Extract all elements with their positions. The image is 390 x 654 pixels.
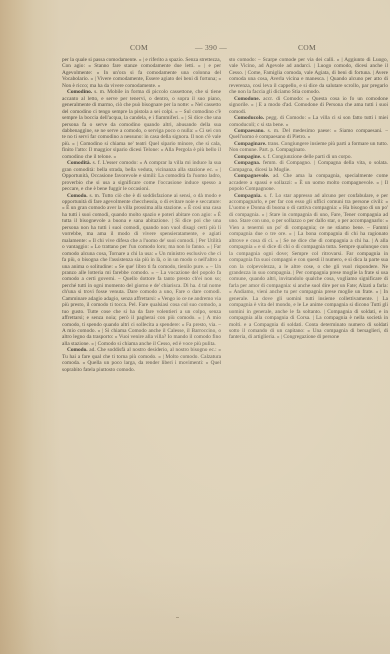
dictionary-entry: Comodità. s. f. L'esser comodo: « A comp… xyxy=(62,160,221,192)
scanned-dictionary-page: COM — 390 — COM per la quale si passa co… xyxy=(0,0,390,654)
dictionary-entry: per la quale si passa comodamente. » | e… xyxy=(62,57,221,89)
running-head-right: COM xyxy=(298,43,316,52)
running-head-left: COM xyxy=(130,43,148,52)
entry-headword: Compaginare. xyxy=(234,141,266,147)
dictionary-entry: Comodo. ad. Che soddisfà al nostro desid… xyxy=(62,347,221,373)
text-columns: per la quale si passa comodamente. » | e… xyxy=(62,57,388,577)
dictionary-entry: Compagnevole. ad. Che ama la compagnia, … xyxy=(229,173,388,192)
dictionary-entry: Compaginare. trans. Congiungere insieme … xyxy=(229,141,388,154)
entry-headword: Comodo. xyxy=(67,193,88,199)
entry-headword: Compaesano. xyxy=(234,128,265,134)
dictionary-entry: Comodino. s. m. Mobile in forma di picco… xyxy=(62,89,221,160)
entry-headword: Comoducolo. xyxy=(234,115,264,121)
dictionary-entry: sto comodo: – Scarpe comode per via dei … xyxy=(229,57,388,96)
entry-headword: Compagnevole. xyxy=(234,173,269,179)
entry-headword: Compagna. xyxy=(234,160,260,166)
entry-text: s. f. Lo star appresso ad alcuno per con… xyxy=(229,193,388,341)
entry-headword: Compagnia. xyxy=(234,193,262,199)
entry-text: s. f. Congiunzione delle parti di un cor… xyxy=(263,154,352,160)
entry-text: per la quale si passa comodamente. » | e… xyxy=(62,57,221,89)
entry-text: s. m. Tutto ciò che è di soddisfazione a… xyxy=(62,193,221,347)
entry-text: s. m. Mobile in forma di piccolo cassett… xyxy=(62,89,221,160)
entry-headword: Comodino. xyxy=(67,89,92,95)
entry-text: sto comodo: – Scarpe comode per via dei … xyxy=(229,57,388,95)
page-number: — 390 — xyxy=(195,43,227,52)
entry-headword: Comodone. xyxy=(234,96,260,102)
paper-speck xyxy=(176,617,179,618)
dictionary-entry: Compagna. femm. di Compagno. | Compagna … xyxy=(229,160,388,173)
dictionary-entry: Comodone. accr. di Comodo: « Questa cosa… xyxy=(229,96,388,115)
entry-headword: Comodo. xyxy=(67,347,88,353)
dictionary-entry: Comoducolo. pegg. di Comodo: « La villa … xyxy=(229,115,388,128)
dictionary-entry: Compagnia. s. f. Lo star appresso ad alc… xyxy=(229,193,388,341)
dictionary-entry: Comodo. s. m. Tutto ciò che è di soddisf… xyxy=(62,193,221,348)
running-head: COM — 390 — COM xyxy=(0,43,390,55)
entry-headword: Compagine. xyxy=(234,154,261,160)
dictionary-entry: Compaesano. s. m. Del medesimo paese: « … xyxy=(229,128,388,141)
entry-headword: Comodità. xyxy=(67,160,91,166)
right-column: sto comodo: – Scarpe comode per via dei … xyxy=(229,57,388,577)
left-column: per la quale si passa comodamente. » | e… xyxy=(62,57,221,577)
